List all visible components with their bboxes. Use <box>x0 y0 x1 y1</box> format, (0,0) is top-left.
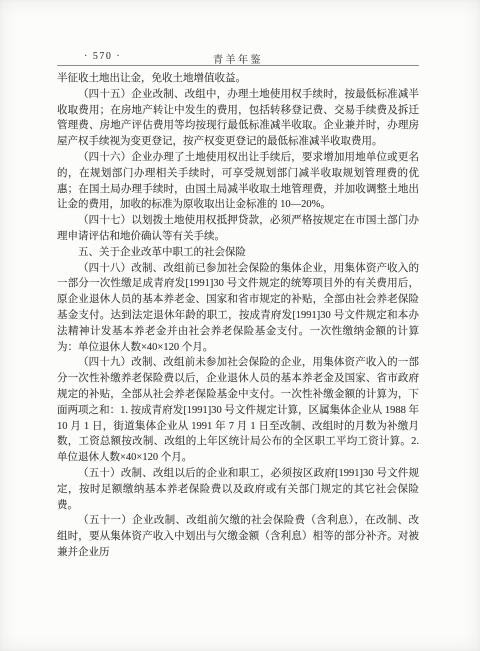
paragraph: （五十一）企业改制、改组前欠缴的社会保险费（含利息），在改制、改组时，要从集体资… <box>57 513 419 560</box>
paragraph: （四十六）企业办理了土地使用权出让手续后，要求增加用地单位或更名的，在规划部门办… <box>57 150 419 213</box>
paragraph: 半征收土地出让金，免收土地增值收益。 <box>57 71 419 87</box>
paragraph: （四十九）改制、改组前未参加社会保险的企业，用集体资产收入的一部分一次性补缴养老… <box>57 355 419 466</box>
page-body: 半征收土地出让金，免收土地增值收益。（四十五）企业改制、改组中，办理土地使用权手… <box>57 71 419 561</box>
paragraph: （四十五）企业改制、改组中，办理土地使用权手续时，按最低标准减半收取费用；在房地… <box>57 87 419 150</box>
header-divider <box>57 65 419 66</box>
section-heading: 五、关于企业改革中职工的社会保险 <box>57 245 419 261</box>
paragraph: （四十七）以划拨土地使用权抵押贷款，必须严格按规定在市国土部门办理申请评估和地价… <box>57 213 419 245</box>
paragraph: （四十八）改制、改组前已参加社会保险的集体企业，用集体资产收入的一部分一次性缴足… <box>57 261 419 356</box>
page-header: · 570 · 青羊年鉴 <box>57 51 419 64</box>
paragraph: （五十）改制、改组以后的企业和职工，必须按区政府[1991]30 号文件规定，按… <box>57 466 419 513</box>
scanned-page: · 570 · 青羊年鉴 半征收土地出让金，免收土地增值收益。（四十五）企业改制… <box>0 0 480 651</box>
book-title: 青羊年鉴 <box>57 51 419 66</box>
